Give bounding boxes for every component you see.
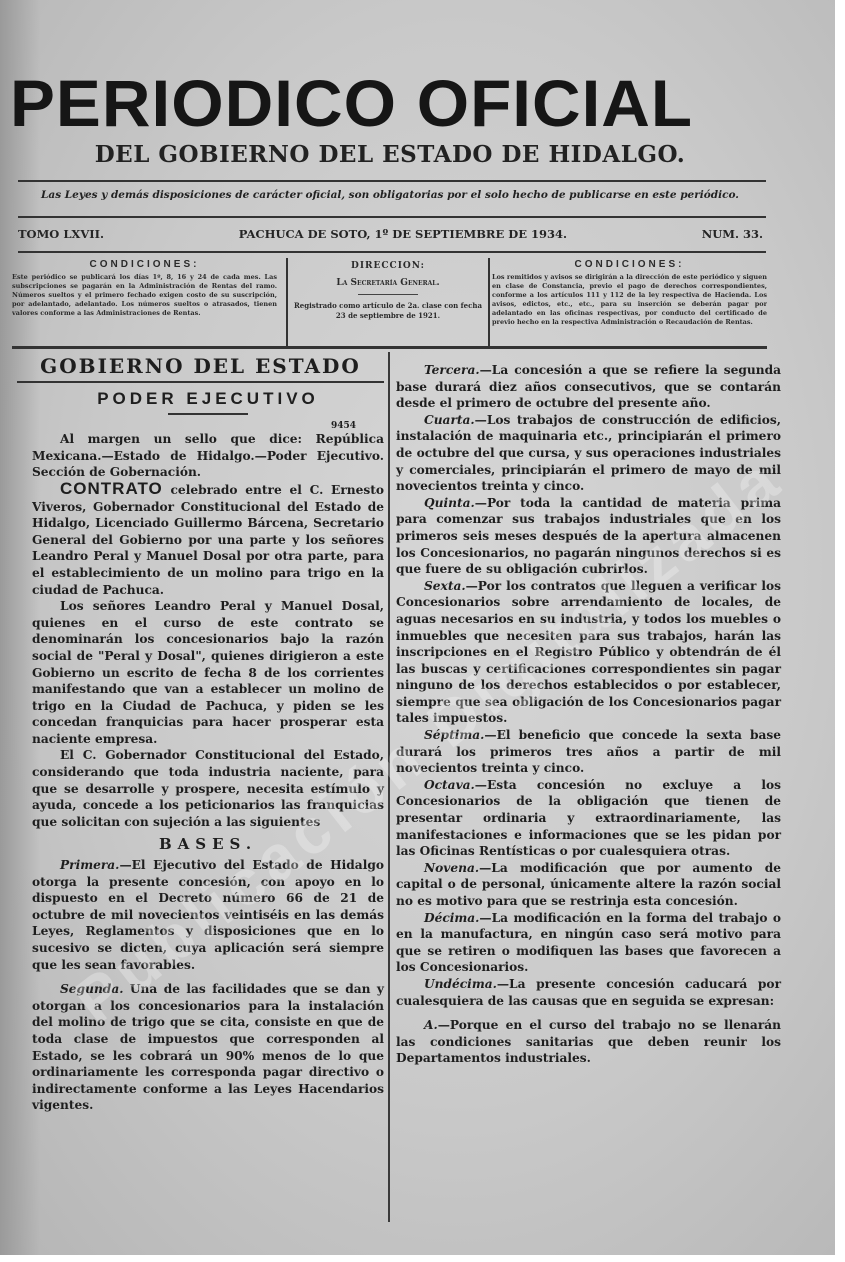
conditions-right-heading: CONDICIONES: [492,260,767,269]
base-sexta: Sexta.—Por los contratos que lleguen a v… [396,578,781,727]
base-text: Una de las facilidades que se dan y otor… [32,982,384,1112]
base-lead: Séptima. [424,728,484,742]
masthead-rule-mid [18,216,766,218]
bases-heading: BASES. [32,836,384,853]
left-column: GOBIERNO DEL ESTADO PODER EJECUTIVO 9454… [32,352,384,1114]
base-cuarta: Cuarta.—Los trabajos de construcción de … [396,412,781,495]
base-lead: Primera. [60,858,119,872]
masthead-title: PERIODICO OFICIAL [10,70,785,136]
clause-a: A.—Porque en el curso del trabajo no se … [396,1017,781,1067]
direction-heading: DIRECCION: [288,262,488,271]
base-lead: A. [424,1018,438,1032]
base-lead: Segunda. [60,982,123,996]
base-lead: Cuarta. [424,413,475,427]
dateline-rule [18,251,766,253]
direction-name: La Secretaría General. [288,279,488,288]
sub-heading: PODER EJECUTIVO [32,391,384,408]
base-lead: Tercera. [424,363,480,377]
paragraph-contrato: CONTRATO celebrado entre el C. Ernesto V… [32,481,384,598]
base-lead: Novena. [424,861,479,875]
sub-heading-rule [168,413,248,415]
base-octava: Octava.—Esta concesión no excluye a los … [396,777,781,860]
issue-number: NUM. 33. [702,227,763,241]
right-column: Tercera.—La concesión a que se refiere l… [396,362,781,1067]
base-novena: Novena.—La modificación que por aumento … [396,860,781,910]
base-text: —Por los contratos que lleguen a verific… [396,579,781,726]
direction-box: DIRECCION: La Secretaría General. Regist… [286,258,490,346]
newspaper-page: PERIODICO OFICIAL DEL GOBIERNO DEL ESTAD… [0,0,835,1255]
place-date: PACHUCA DE SOTO, 1º DE SEPTIEMBRE DE 193… [239,227,567,241]
paragraph-gobernador: El C. Gobernador Constitucional del Esta… [32,747,384,830]
base-decima: Décima.—La modificación en la forma del … [396,910,781,976]
base-septima: Séptima.—El beneficio que concede la sex… [396,727,781,777]
paragraph-seal: Al margen un sello que dice: República M… [32,431,384,481]
contrato-text: celebrado entre el C. Ernesto Viveros, G… [32,483,384,597]
document-number: 9454 [32,421,356,431]
base-lead: Sexta. [424,579,466,593]
conditions-box-right: CONDICIONES: Los remitidos y avisos se d… [492,258,767,346]
masthead-subtitle: DEL GOBIERNO DEL ESTADO DE HIDALGO. [0,141,780,168]
legal-note: Las Leyes y demás disposiciones de carác… [20,189,760,201]
conditions-left-text: Este periódico se publicará los días 1º,… [12,273,277,318]
section-rule [17,381,384,383]
base-text: —El Ejecutivo del Estado de Hidalgo otor… [32,858,384,972]
paragraph-senores: Los señores Leandro Peral y Manuel Dosal… [32,598,384,747]
header-bottom-rule [12,346,767,349]
contrato-word: CONTRATO [60,479,163,498]
base-primera: Primera.—El Ejecutivo del Estado de Hida… [32,857,384,973]
base-lead: Octava. [424,778,475,792]
base-text: —Porque en el curso del trabajo no se ll… [396,1018,781,1065]
conditions-right-text: Los remitidos y avisos se dirigirán a la… [492,273,767,327]
base-quinta: Quinta.—Por toda la cantidad de materia … [396,495,781,578]
column-divider [388,352,390,1222]
direction-registration: Registrado como artículo de 2a. clase co… [288,301,488,321]
tomo-label: TOMO LXVII. [18,227,104,241]
base-tercera: Tercera.—La concesión a que se refiere l… [396,362,781,412]
dateline: TOMO LXVII. PACHUCA DE SOTO, 1º DE SEPTI… [18,227,763,241]
base-lead: Décima. [424,911,479,925]
base-segunda: Segunda. Una de las facilidades que se d… [32,981,384,1114]
conditions-box-left: CONDICIONES: Este periódico se publicará… [12,258,277,346]
section-heading: GOBIERNO DEL ESTADO [17,358,384,375]
base-undecima: Undécima.—La presente concesión caducará… [396,976,781,1009]
base-lead: Quinta. [424,496,475,510]
masthead-rule-top [18,180,766,182]
direction-divider [358,294,418,295]
base-lead: Undécima. [424,977,497,991]
conditions-left-heading: CONDICIONES: [12,260,277,269]
